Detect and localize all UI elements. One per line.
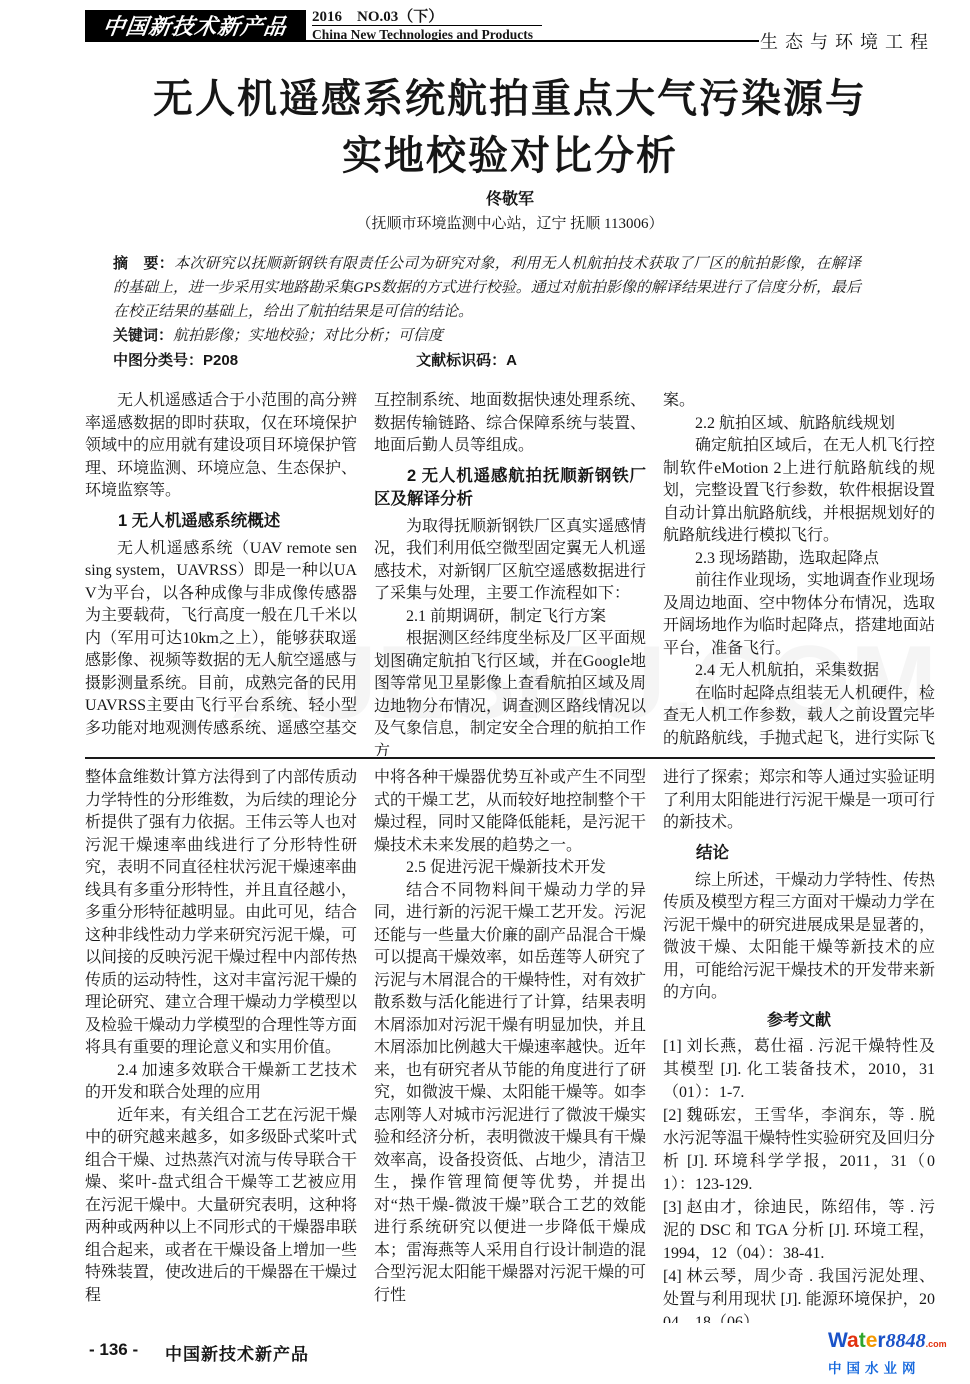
paragraph: 无人机遥感系统（UAV remote sensing system，UAVRSS…	[85, 538, 357, 741]
references-heading: 参考文献	[663, 1010, 935, 1033]
subsection-heading: 2.5 促进污泥干燥新技术开发	[374, 857, 646, 880]
doc-code: 文献标识码：A	[416, 349, 517, 373]
reference-item: [1] 刘长燕，葛仕福 . 污泥干燥特性及其模型 [J]. 化工装备技术，201…	[663, 1035, 935, 1104]
logo-water-letters: Water	[828, 1329, 886, 1352]
paragraph: 根据测区经纬度坐标及厂区平面规划图确定航拍飞行区域，并在Google地图等常见卫…	[374, 628, 646, 756]
column-3: 进行了探索；郑宗和等人通过实验证明了利用太阳能进行污泥干燥是一项可行的新技术。结…	[663, 767, 935, 1323]
paragraph: 为取得抚顺新钢铁厂区真实遥感情况，我们利用低空微型固定翼无人机遥感技术，对新钢厂…	[374, 516, 646, 606]
journal-brand-box: 中国新技术新产品	[85, 10, 306, 41]
column-3: 案。2.2 航拍区域、航路航线规划确定航拍区域后，在无人机飞行控制软件eMoti…	[663, 390, 935, 756]
paragraph: 综上所述，干燥动力学特性、传热传质及模型方程三方面对干燥动力学在污泥干燥中的研究…	[663, 870, 935, 1005]
clc: 中图分类号：P208	[113, 349, 238, 373]
paragraph: 确定航拍区域后，在无人机飞行控制软件eMotion 2上进行航路航线的规划，完整…	[663, 435, 935, 548]
abstract-text: 本次研究以抚顺新钢铁有限责任公司为研究对象，利用无人机航拍技术获取了厂区的航拍影…	[113, 256, 861, 320]
reference-item: [2] 魏砾宏，王雪华，李润东，等 . 脱水污泥等温干燥特性实验研究及回归分析 …	[663, 1104, 935, 1196]
logo-site-name: 中国水业网	[828, 1357, 960, 1377]
subsection-heading: 2.1 前期调研，制定飞行方案	[374, 606, 646, 629]
abstract-label: 摘 要：	[113, 255, 174, 272]
paragraph-continued: 互控制系统、地面数据快速处理系统、数据传输链路、综合保障系统与装置、地面后勤人员…	[374, 390, 646, 458]
logo-letter: t	[859, 1329, 866, 1352]
logo-letter: a	[847, 1329, 859, 1352]
keywords-label: 关键词：	[113, 327, 173, 344]
subsection-heading: 2.3 现场踏勘，选取起降点	[663, 548, 935, 571]
reference-item: [3] 赵由才，徐迪民，陈绍伟，等 . 污泥的 DSC 和 TGA 分析 [J]…	[663, 1196, 935, 1265]
footer-journal-name: 中国新技术新产品	[165, 1340, 309, 1365]
article-title-line2: 实地校验对比分析	[85, 127, 935, 184]
doc-code-value: A	[506, 352, 517, 369]
abstract: 摘 要：本次研究以抚顺新钢铁有限责任公司为研究对象，利用无人机航拍技术获取了厂区…	[113, 252, 861, 324]
page-header: 中国新技术新产品 2016 NO.03（下） China New Technol…	[85, 4, 935, 56]
page-footer: - 136 - 中国新技术新产品 Water8848.com 中国水业网	[85, 1330, 962, 1378]
issue-number: 2016 NO.03（下）	[312, 5, 443, 26]
article-title-line1: 无人机遥感系统航拍重点大气污染源与	[85, 70, 935, 127]
section-heading: 1 无人机遥感系统概述	[85, 510, 357, 533]
author-name: 佟敬军	[85, 186, 935, 209]
header-rule	[85, 40, 759, 42]
issue-underline	[312, 25, 542, 26]
logo-number: 8848	[886, 1330, 926, 1352]
body-bottom-columns: 整体盒维数计算方法得到了内部传质动力学特性的分形维数，为后续的理论分析提供了强有…	[85, 767, 935, 1323]
water8848-logo: Water8848.com 中国水业网	[828, 1330, 960, 1377]
section-heading: 结论	[663, 842, 935, 865]
logo-letter: r	[877, 1329, 885, 1352]
logo-letter: W	[828, 1329, 847, 1352]
article-meta: 摘 要：本次研究以抚顺新钢铁有限责任公司为研究对象，利用无人机航拍技术获取了厂区…	[113, 252, 861, 373]
paragraph-continued: 案。	[663, 390, 935, 413]
journal-page: 中国新技术新产品 2016 NO.03（下） China New Technol…	[0, 0, 970, 1384]
paragraph: 无人机遥感适合于小范围的高分辨率遥感数据的即时获取，仅在环境保护领域中的应用就有…	[85, 390, 357, 503]
journal-name-cn: 中国新技术新产品	[101, 10, 289, 41]
page-number: - 136 -	[89, 1340, 138, 1360]
section-heading: 2 无人机遥感航拍抚顺新钢铁厂区及解译分析	[374, 465, 646, 511]
subsection-heading: 2.4 加速多效联合干燥新工艺技术的开发和联合处理的应用	[85, 1060, 357, 1105]
clc-value: P208	[203, 352, 238, 369]
logo-com-suffix: .com	[926, 1339, 947, 1349]
body-top-columns: 无人机遥感适合于小范围的高分辨率遥感数据的即时获取，仅在环境保护领域中的应用就有…	[85, 390, 935, 756]
paragraph: 前往作业现场，实地调查作业现场及周边地面、空中物体分布情况，选取开阔场地作为临时…	[663, 570, 935, 660]
logo-wordmark: Water8848.com	[828, 1330, 960, 1355]
paragraph: 近年来，有关组合工艺在污泥干燥中的研究越来越多，如多级卧式桨叶式组合干燥、过热蒸…	[85, 1105, 357, 1308]
paragraph-continued: 整体盒维数计算方法得到了内部传质动力学特性的分形维数，为后续的理论分析提供了强有…	[85, 767, 357, 1060]
logo-letter: e	[866, 1329, 878, 1352]
column-2: 中将各种干燥器优势互补或产生不同型式的干燥工艺，从而较好地控制整个干燥过程，同时…	[374, 767, 646, 1323]
paragraph-continued: 中将各种干燥器优势互补或产生不同型式的干燥工艺，从而较好地控制整个干燥过程，同时…	[374, 767, 646, 857]
paragraph: 结合不同物料间干燥动力学的异同，进行新的污泥干燥工艺开发。污泥还能与一些量大价廉…	[374, 880, 646, 1308]
classification-line: 中图分类号：P208 文献标识码：A	[113, 349, 861, 373]
subsection-heading: 2.4 无人机航拍，采集数据	[663, 660, 935, 683]
clc-gap	[238, 349, 416, 373]
article-divider	[85, 757, 935, 759]
subsection-heading: 2.2 航拍区域、航路航线规划	[663, 413, 935, 436]
reference-item: [4] 林云琴，周少奇 . 我国污泥处理、处置与利用现状 [J]. 能源环境保护…	[663, 1265, 935, 1323]
section-label: 生态与环境工程	[760, 28, 935, 54]
author-affiliation: （抚顺市环境监测中心站，辽宁 抚顺 113006）	[85, 212, 935, 233]
column-2: 互控制系统、地面数据快速处理系统、数据传输链路、综合保障系统与装置、地面后勤人员…	[374, 390, 646, 756]
paragraph-continued: 进行了探索；郑宗和等人通过实验证明了利用太阳能进行污泥干燥是一项可行的新技术。	[663, 767, 935, 835]
article-title: 无人机遥感系统航拍重点大气污染源与 实地校验对比分析	[85, 70, 935, 184]
clc-label: 中图分类号：	[113, 352, 203, 369]
column-1: 整体盒维数计算方法得到了内部传质动力学特性的分形维数，为后续的理论分析提供了强有…	[85, 767, 357, 1323]
column-1: 无人机遥感适合于小范围的高分辨率遥感数据的即时获取，仅在环境保护领域中的应用就有…	[85, 390, 357, 756]
doc-code-label: 文献标识码：	[416, 352, 506, 369]
paragraph: 在临时起降点组装无人机硬件，检查无人机工作参数，载人之前设置完毕的航路航线，手抛…	[663, 683, 935, 751]
keywords: 关键词：航拍影像；实地校验；对比分析；可信度	[113, 324, 861, 348]
keywords-text: 航拍影像；实地校验；对比分析；可信度	[173, 328, 443, 344]
